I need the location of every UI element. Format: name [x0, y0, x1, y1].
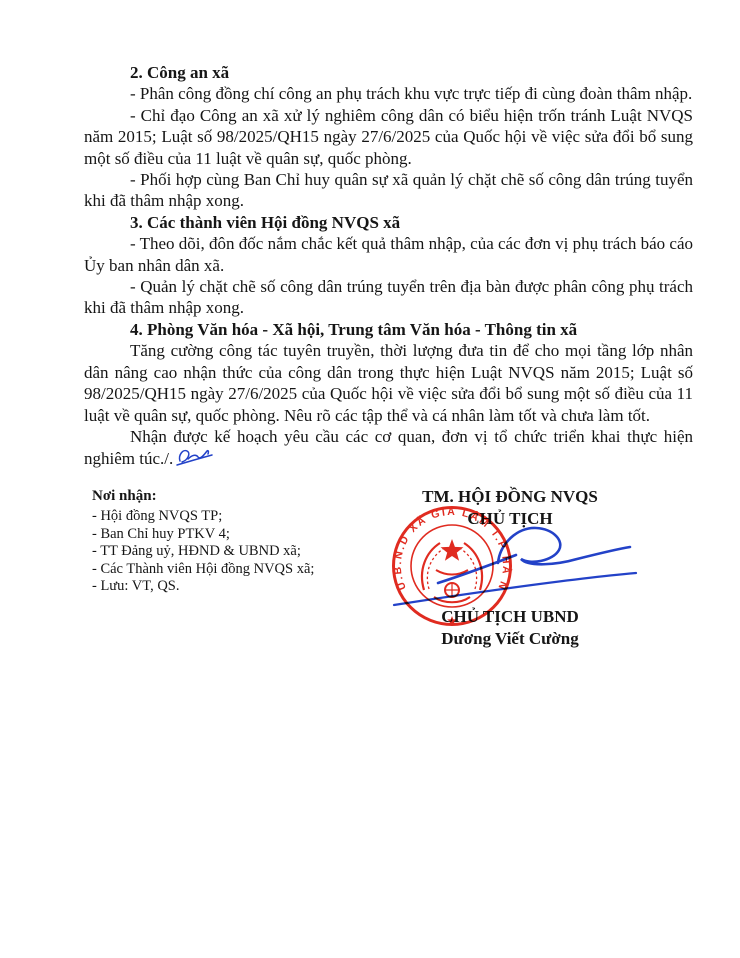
recipient-item: - Lưu: VT, QS.: [92, 578, 314, 595]
section-heading-2: 2. Công an xã: [84, 62, 693, 83]
section-heading-3: 3. Các thành viên Hội đồng NVQS xã: [84, 212, 693, 233]
document-body: 2. Công an xã - Phân công đồng chí công …: [84, 62, 693, 470]
scanned-document-page: 2. Công an xã - Phân công đồng chí công …: [0, 0, 740, 958]
paragraph-with-initials: Nhận được kế hoạch yêu cầu các cơ quan, …: [84, 426, 693, 470]
paragraph: Tăng cường công tác tuyên truyền, thời l…: [84, 340, 693, 426]
section-heading-4: 4. Phòng Văn hóa - Xã hội, Trung tâm Văn…: [84, 319, 693, 340]
signer-name: Dương Viết Cường: [410, 628, 610, 650]
handwritten-signature: [378, 515, 640, 615]
paragraph: - Phân công đồng chí công an phụ trách k…: [84, 83, 693, 104]
recipient-item: - TT Đảng uỷ, HĐND & UBND xã;: [92, 543, 314, 560]
recipients-title: Nơi nhận:: [92, 488, 314, 505]
paragraph: - Theo dõi, đôn đốc nắm chắc kết quả thâ…: [84, 233, 693, 276]
paragraph: - Phối hợp cùng Ban Chỉ huy quân sự xã q…: [84, 169, 693, 212]
recipient-item: - Hội đồng NVQS TP;: [92, 508, 314, 525]
paragraph: - Chỉ đạo Công an xã xử lý nghiêm công d…: [84, 105, 693, 169]
handwritten-initials: [176, 447, 214, 468]
recipient-item: - Ban Chỉ huy PTKV 4;: [92, 526, 314, 543]
paragraph: - Quản lý chặt chẽ số công dân trúng tuy…: [84, 276, 693, 319]
recipient-item: - Các Thành viên Hội đồng NVQS xã;: [92, 561, 314, 578]
recipients-block: Nơi nhận: - Hội đồng NVQS TP; - Ban Chỉ …: [92, 488, 314, 595]
